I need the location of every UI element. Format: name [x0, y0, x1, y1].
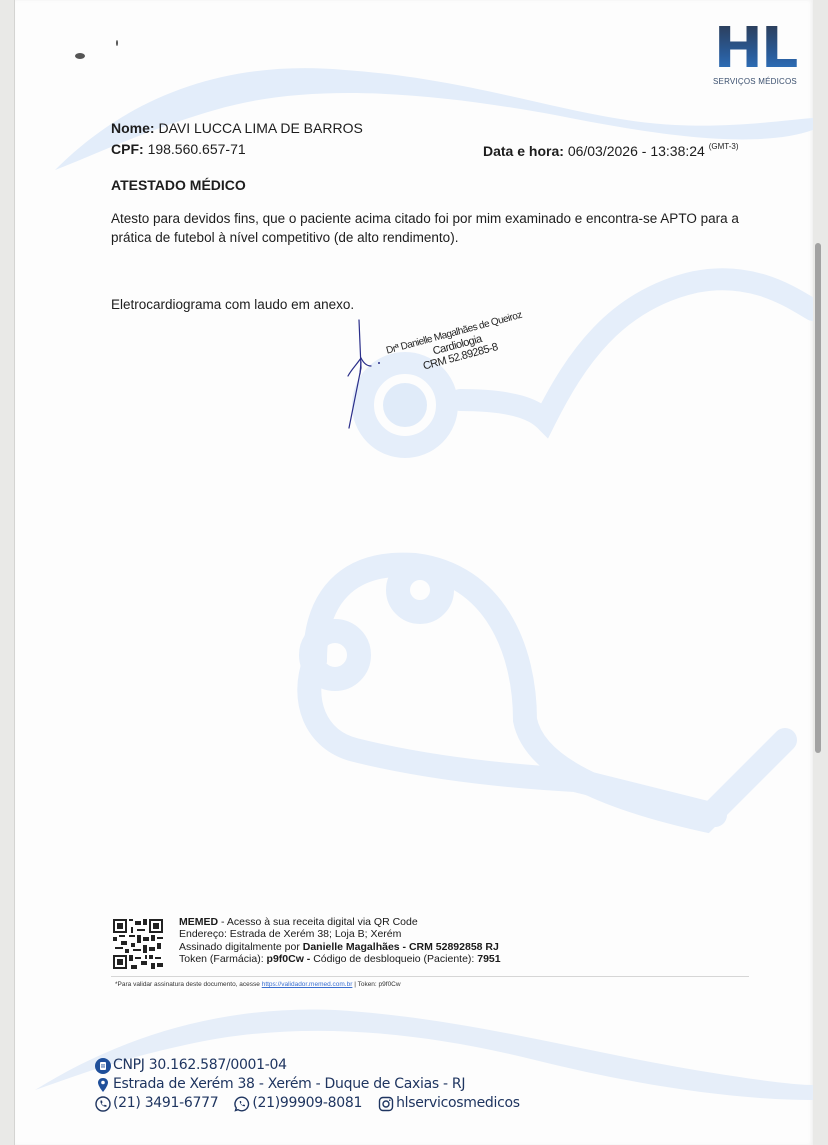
- unlock-code: 7951: [477, 953, 500, 965]
- name-value: DAVI LUCCA LIMA DE BARROS: [158, 120, 362, 136]
- document-body: Atesto para devidos fins, que o paciente…: [111, 209, 751, 247]
- background-watermark: [15, 0, 813, 1145]
- document-icon: [95, 1058, 111, 1074]
- location-pin-icon: [95, 1077, 111, 1093]
- memed-token: Token (Farmácia): p9f0Cw - Código de des…: [179, 953, 501, 965]
- cpf-value: 198.560.657-71: [148, 141, 246, 157]
- cnpj-text: CNPJ 30.162.587/0001-04: [113, 1056, 287, 1075]
- pharmacy-token: p9f0Cw: [267, 953, 304, 965]
- instagram-icon: [378, 1096, 394, 1112]
- company-footer: CNPJ 30.162.587/0001-04 Estrada de Xerém…: [95, 1056, 520, 1113]
- whatsapp-icon: [234, 1096, 250, 1112]
- divider: [111, 976, 749, 977]
- phone-icon: [95, 1096, 111, 1112]
- memed-access-text: - Acesso à sua receita digital via QR Co…: [218, 916, 418, 928]
- memed-line-1: MEMED - Acesso à sua receita digital via…: [179, 916, 501, 928]
- validation-link[interactable]: https://validador.memed.com.br: [262, 981, 353, 988]
- memed-info: MEMED - Acesso à sua receita digital via…: [179, 916, 501, 966]
- token-label: Token (Farmácia):: [179, 953, 267, 965]
- validation-token: | Token: p9f0Cw: [352, 981, 400, 988]
- ink-mark: [116, 40, 118, 46]
- timezone: (GMT-3): [709, 142, 739, 151]
- validation-text: *Para validar assinatura deste documento…: [115, 981, 262, 988]
- instagram-handle[interactable]: hlservicosmedicos: [396, 1094, 520, 1113]
- patient-name: Nome: DAVI LUCCA LIMA DE BARROS: [111, 120, 363, 136]
- cpf-label: CPF:: [111, 141, 144, 157]
- footer-cnpj: CNPJ 30.162.587/0001-04: [95, 1056, 520, 1075]
- ink-smudge: [75, 53, 85, 59]
- datetime-value: 06/03/2026 - 13:38:24: [568, 143, 705, 159]
- document-note: Eletrocardiograma com laudo em anexo.: [111, 297, 354, 312]
- patient-cpf: CPF: 198.560.657-71: [111, 141, 246, 157]
- footer-address: Estrada de Xerém 38 - Xerém - Duque de C…: [95, 1075, 520, 1094]
- validation-note: *Para validar assinatura deste documento…: [115, 981, 401, 988]
- separator: -: [304, 953, 313, 965]
- document-title: ATESTADO MÉDICO: [111, 177, 246, 193]
- body-line: Atesto para devidos fins, que o paciente…: [111, 209, 751, 228]
- footer-contacts: (21) 3491-6777 (21)99909-8081 hlservicos…: [95, 1094, 520, 1113]
- phone-text[interactable]: (21) 3491-6777: [113, 1094, 218, 1113]
- logo-mark: HL: [703, 24, 808, 74]
- company-logo: HL SERVIÇOS MÉDICOS: [705, 24, 805, 86]
- handwritten-signature: [337, 318, 397, 433]
- datetime-label: Data e hora:: [483, 143, 564, 159]
- issue-datetime: Data e hora: 06/03/2026 - 13:38:24 (GMT-…: [483, 143, 739, 159]
- memed-signed-by: Assinado digitalmente por Danielle Magal…: [179, 941, 501, 953]
- signed-by-label: Assinado digitalmente por: [179, 941, 303, 953]
- memed-address: Endereço: Estrada de Xerém 38; Loja B; X…: [179, 928, 501, 940]
- body-line: prática de futebol à nível competitivo (…: [111, 228, 751, 247]
- address-text: Estrada de Xerém 38 - Xerém - Duque de C…: [113, 1075, 465, 1094]
- memed-brand: MEMED: [179, 916, 218, 928]
- whatsapp-text[interactable]: (21)99909-8081: [252, 1094, 362, 1113]
- unlock-code-label: Código de desbloqueio (Paciente):: [313, 953, 477, 965]
- signed-by-doctor: Danielle Magalhães - CRM 52892858 RJ: [303, 941, 499, 953]
- name-label: Nome:: [111, 120, 155, 136]
- vertical-scrollbar[interactable]: [815, 243, 821, 753]
- document-page: HL SERVIÇOS MÉDICOS Nome: DAVI LUCCA LIM…: [14, 0, 813, 1145]
- qr-code[interactable]: [113, 918, 163, 970]
